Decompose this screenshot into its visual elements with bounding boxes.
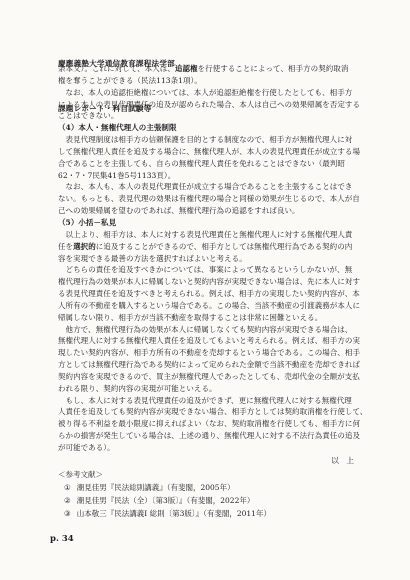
- body-line: 契約内容を実現できるので、買主が無権代理人であったとしても、売却代金の全額が支払: [58, 371, 356, 383]
- body-line: 人所有の不動産を購入するという場合である。この場合、当該不動産の引渡義務が本人に: [58, 300, 356, 312]
- body-line: による本人の表見代理責任の追及が認められた場合、本人は自己への効果帰属を否定する: [58, 99, 356, 111]
- body-text-segment: 以上より、相手方は、本人に対する表見代理責任と無権代理人に対する無権代理人責: [58, 230, 352, 239]
- body-text-segment: に追及することができるので、相手方としては無権代理行為である契約の内: [96, 242, 353, 251]
- body-line: 方としては無権代理行為である契約によって定められた金額で当該不動産を売却できれば: [58, 359, 356, 371]
- body-text-segment: 無権代理人に対する無権代理人責任を追及してもよいと考えられる。例えば、相手方の実: [58, 336, 360, 345]
- body-line: われる限り、契約内容の実現が可能といえる。: [58, 383, 356, 395]
- body-line: 表見代理制度は相手方の信頼保護を目的とする制度なので、相手方が無権代理人に対: [58, 134, 356, 146]
- body-line: 合であることを主張しても、自らの無権代理人責任を免れることはできない（最判昭: [58, 158, 356, 170]
- body-text-segment: ない。もっとも、表見代理の効果は有権代理の場合と同様の効果が生じるので、本人が自: [58, 194, 360, 203]
- body-text-segment: して無権代理人責任を追及する場合に、無権代理人が、本人の表見代理責任が成立する場: [58, 147, 360, 156]
- body-line: 被り得る不利益を最小限度に抑えればよい（なお、契約取消権を行使しても、相手方に何: [58, 418, 356, 430]
- body-text-segment: 帰属しない限り、相手方が当該不動産を取得することは非常に困難といえる。: [58, 313, 322, 322]
- emphasized-text: 選択的: [73, 242, 96, 251]
- body-text-segment: らかの損害が発生している場合は、上述の通り、無権代理人に対する不法行為責任の追及: [58, 431, 360, 440]
- body-text-segment: 合であることを主張しても、自らの無権代理人責任を免れることはできない（最判昭: [58, 159, 345, 168]
- document-screenshot: { "colors": { "page_bg": "#fbfaf7", "tex…: [0, 0, 410, 580]
- body-text-segment: 表見代理制度は相手方の信頼保護を目的とする制度なので、相手方が無権代理人に対: [58, 135, 352, 144]
- body-line: （5）小括－私見: [58, 217, 356, 229]
- body-line: なお、本人も、本人の表見代理責任が成立する場合であることを主張することはでき: [58, 181, 356, 193]
- body-text-segment: 契約内容を実現できるので、買主が無権代理人であったとしても、売却代金の全額が支払: [58, 372, 360, 381]
- body-text-segment: 他方で、無権代理行為の効果が本人に帰属しなくても契約内容が実現できる場合は、: [58, 325, 352, 334]
- reference-text: 山本敬三『民法講義Ⅰ 総則〔第3版〕』（有斐閣，2011年）: [71, 507, 271, 520]
- body-text-segment: 己への効果帰属を望むのであれば、無権代理行為の追認をすれば良い。: [58, 206, 300, 215]
- reference-item: ①潮見佳男『民法総則講義』（有斐閣，2005年）: [58, 481, 358, 494]
- reference-item: ③山本敬三『民法講義Ⅰ 総則〔第3版〕』（有斐閣，2011年）: [58, 507, 358, 520]
- body-line: （4）本人・無権代理人の主張制限: [58, 122, 356, 134]
- body-line: 容を実現できる最善の方法を選択すればよいと考える。: [58, 253, 356, 265]
- body-line: 己への効果帰属を望むのであれば、無権代理行為の追認をすれば良い。: [58, 205, 356, 217]
- document-page: 慶應義塾大学通信教育課程法学部 課題レポート・科目試験等 条本文）。これに対して…: [0, 0, 410, 580]
- body-line: 権代理行為の効果が本人に帰属しないと契約内容が実現できない場合は、先に本人に対す: [58, 276, 356, 288]
- body-text-segment: が可能である）。: [58, 443, 115, 452]
- body-line: 権を奪うことができる（民法113条1項）。: [58, 75, 356, 87]
- body-line: して無権代理人責任を追及する場合に、無権代理人が、本人の表見代理責任が成立する場: [58, 146, 356, 158]
- emphasized-text: （4）本人・無権代理人の主張制限: [58, 123, 177, 132]
- body-text-segment: われる限り、契約内容の実現が可能といえる。: [58, 384, 217, 393]
- body-line: ない。もっとも、表見代理の効果は有権代理の場合と同様の効果が生じるので、本人が自: [58, 193, 356, 205]
- body-line: 任を選択的に追及することができるので、相手方としては無権代理行為である契約の内: [58, 241, 356, 253]
- body-text-segment: 権を奪うことができる（民法113条1項）。: [58, 76, 202, 85]
- body-text-segment: ことはできない。: [58, 111, 118, 120]
- body-text-segment: を行使することによって、相手方の契約取消: [198, 64, 349, 73]
- reference-number: ②: [64, 494, 71, 507]
- body-text-segment: 方としては無権代理行為である契約によって定められた金額で当該不動産を売却できれば: [58, 360, 360, 369]
- references-section: ＜参考文献＞ ①潮見佳男『民法総則講義』（有斐閣，2005年）②潮見佳男『民法（…: [58, 468, 358, 520]
- references-heading: ＜参考文献＞: [58, 468, 358, 481]
- body-line: 現したい契約内容が、相手方所有の不動産を売却するという場合である。この場合、相手: [58, 347, 356, 359]
- emphasized-text: （5）小括－私見: [58, 218, 116, 227]
- body-text-segment: もし、本人に対する表見代理責任の追及ができず、更に無権代理人に対する無権代理: [58, 396, 352, 405]
- body-text-segment: る表見代理責任を追及すべきと考えられる。例えば、相手方の実現したい契約内容が、本: [58, 289, 360, 298]
- document-body: 条本文）。これに対して、本人は、追認権を行使することによって、相手方の契約取消権…: [58, 63, 356, 454]
- reference-text: 潮見佳男『民法総則講義』（有斐閣，2005年）: [71, 481, 235, 494]
- body-line: 62・7・7民集41巻5号1133頁）。: [58, 170, 356, 182]
- body-line: 他方で、無権代理行為の効果が本人に帰属しなくても契約内容が実現できる場合は、: [58, 324, 356, 336]
- body-text-segment: なお、本人の追認拒絶権については、本人が追認拒絶権を行使したとしても、相手方: [58, 88, 352, 97]
- body-line: 無権代理人に対する無権代理人責任を追及してもよいと考えられる。例えば、相手方の実: [58, 335, 356, 347]
- page-number: p. 34: [50, 534, 74, 544]
- body-line: 以上より、相手方は、本人に対する表見代理責任と無権代理人に対する無権代理人責: [58, 229, 356, 241]
- reference-text: 潮見佳男『民法（全）〔第3版〕』（有斐閣，2022年）: [71, 494, 255, 507]
- body-line: 条本文）。これに対して、本人は、追認権を行使することによって、相手方の契約取消: [58, 63, 356, 75]
- references-list: ①潮見佳男『民法総則講義』（有斐閣，2005年）②潮見佳男『民法（全）〔第3版〕…: [58, 481, 358, 520]
- reference-item: ②潮見佳男『民法（全）〔第3版〕』（有斐閣，2022年）: [58, 494, 358, 507]
- body-text-segment: 任を: [58, 242, 73, 251]
- body-line: どちらの責任を追及すべきかについては、事案によって異なるというしかないが、無: [58, 264, 356, 276]
- body-text-segment: なお、本人も、本人の表見代理責任が成立する場合であることを主張することはでき: [58, 182, 352, 191]
- body-text-segment: 人所有の不動産を購入するという場合である。この場合、当該不動産の引渡義務が本人に: [58, 301, 360, 310]
- body-line: が可能である）。: [58, 442, 356, 454]
- reference-number: ③: [64, 507, 71, 520]
- emphasized-text: 追認権: [175, 64, 198, 73]
- closing-mark: 以 上: [58, 455, 354, 466]
- body-line: らかの損害が発生している場合は、上述の通り、無権代理人に対する不法行為責任の追及: [58, 430, 356, 442]
- body-line: る表見代理責任を追及すべきと考えられる。例えば、相手方の実現したい契約内容が、本: [58, 288, 356, 300]
- body-text-segment: による本人の表見代理責任の追及が認められた場合、本人は自己への効果帰属を否定する: [58, 100, 360, 109]
- body-text-segment: 被り得る不利益を最小限度に抑えればよい（なお、契約取消権を行使しても、相手方に何: [58, 419, 360, 428]
- body-line: ことはできない。: [58, 110, 356, 122]
- body-text-segment: 容を実現できる最善の方法を選択すればよいと考える。: [58, 254, 247, 263]
- body-text-segment: 条本文）。これに対して、本人は、: [58, 64, 175, 73]
- body-line: もし、本人に対する表見代理責任の追及ができず、更に無権代理人に対する無権代理: [58, 395, 356, 407]
- body-line: 人責任を追及しても契約内容が実現できない場合、相手方としては契約取消権を行使して…: [58, 406, 356, 418]
- body-text-segment: 62・7・7民集41巻5号1133頁）。: [58, 171, 175, 180]
- body-text-segment: 現したい契約内容が、相手方所有の不動産を売却するという場合である。この場合、相手: [58, 348, 360, 357]
- body-line: なお、本人の追認拒絶権については、本人が追認拒絶権を行使したとしても、相手方: [58, 87, 356, 99]
- body-text-segment: どちらの責任を追及すべきかについては、事案によって異なるというしかないが、無: [58, 265, 352, 274]
- body-text-segment: 人責任を追及しても契約内容が実現できない場合、相手方としては契約取消権を行使して…: [58, 407, 367, 416]
- reference-number: ①: [64, 481, 71, 494]
- body-line: 帰属しない限り、相手方が当該不動産を取得することは非常に困難といえる。: [58, 312, 356, 324]
- body-text-segment: 権代理行為の効果が本人に帰属しないと契約内容が実現できない場合は、先に本人に対す: [58, 277, 360, 286]
